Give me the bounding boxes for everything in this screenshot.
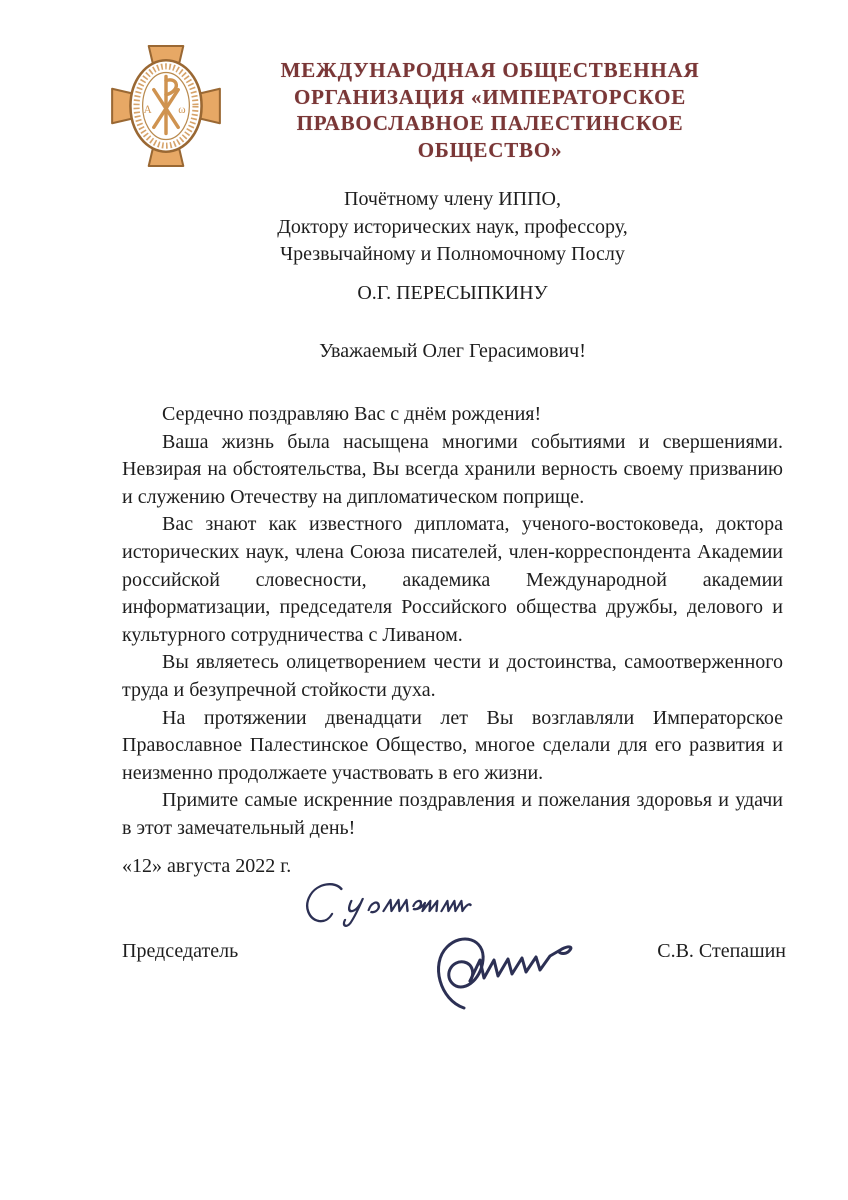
org-name-line: ОРГАНИЗАЦИЯ «ИМПЕРАТОРСКОЕ bbox=[228, 84, 752, 111]
body-paragraph: Вас знают как известного дипломата, учен… bbox=[122, 511, 783, 649]
alpha-letter: А bbox=[144, 104, 152, 116]
org-name-line: МЕЖДУНАРОДНАЯ ОБЩЕСТВЕННАЯ bbox=[228, 57, 752, 84]
body-paragraph: Вы являетесь олицетворением чести и дост… bbox=[122, 649, 783, 704]
body-paragraph: Сердечно поздравляю Вас с днём рождения! bbox=[122, 401, 783, 429]
recipient-line: Почётному члену ИППО, bbox=[122, 186, 783, 214]
org-name-line: ПРАВОСЛАВНОЕ ПАЛЕСТИНСКОЕ ОБЩЕСТВО» bbox=[228, 110, 752, 163]
salutation: Уважаемый Олег Герасимович! bbox=[122, 340, 783, 363]
letter-page: А ω МЕЖДУНАРОДНАЯ ОБЩЕСТВЕННАЯ ОРГАНИЗАЦ… bbox=[0, 0, 848, 1200]
date-line: «12» августа 2022 г. bbox=[122, 855, 291, 878]
recipient-name: О.Г. ПЕРЕСЫПКИНУ bbox=[122, 282, 783, 305]
body-paragraph: Ваша жизнь была насыщена многими события… bbox=[122, 429, 783, 512]
signature-autograph bbox=[420, 916, 610, 1016]
signatory-title: Председатель bbox=[122, 940, 238, 963]
body-paragraph: На протяжении двенадцати лет Вы возглавл… bbox=[122, 705, 783, 788]
letter-body: Сердечно поздравляю Вас с днём рождения!… bbox=[122, 401, 783, 843]
recipient-block: Почётному члену ИППО, Доктору историческ… bbox=[122, 186, 783, 269]
signatory-name: С.В. Степашин bbox=[657, 940, 786, 963]
organization-name: МЕЖДУНАРОДНАЯ ОБЩЕСТВЕННАЯ ОРГАНИЗАЦИЯ «… bbox=[228, 57, 752, 163]
body-paragraph: Примите самые искренние поздравления и п… bbox=[122, 787, 783, 842]
recipient-line: Чрезвычайному и Полномочному Послу bbox=[122, 241, 783, 269]
recipient-line: Доктору исторических наук, профессору, bbox=[122, 214, 783, 242]
ippo-emblem-icon: А ω bbox=[110, 44, 222, 168]
omega-letter: ω bbox=[178, 104, 185, 116]
